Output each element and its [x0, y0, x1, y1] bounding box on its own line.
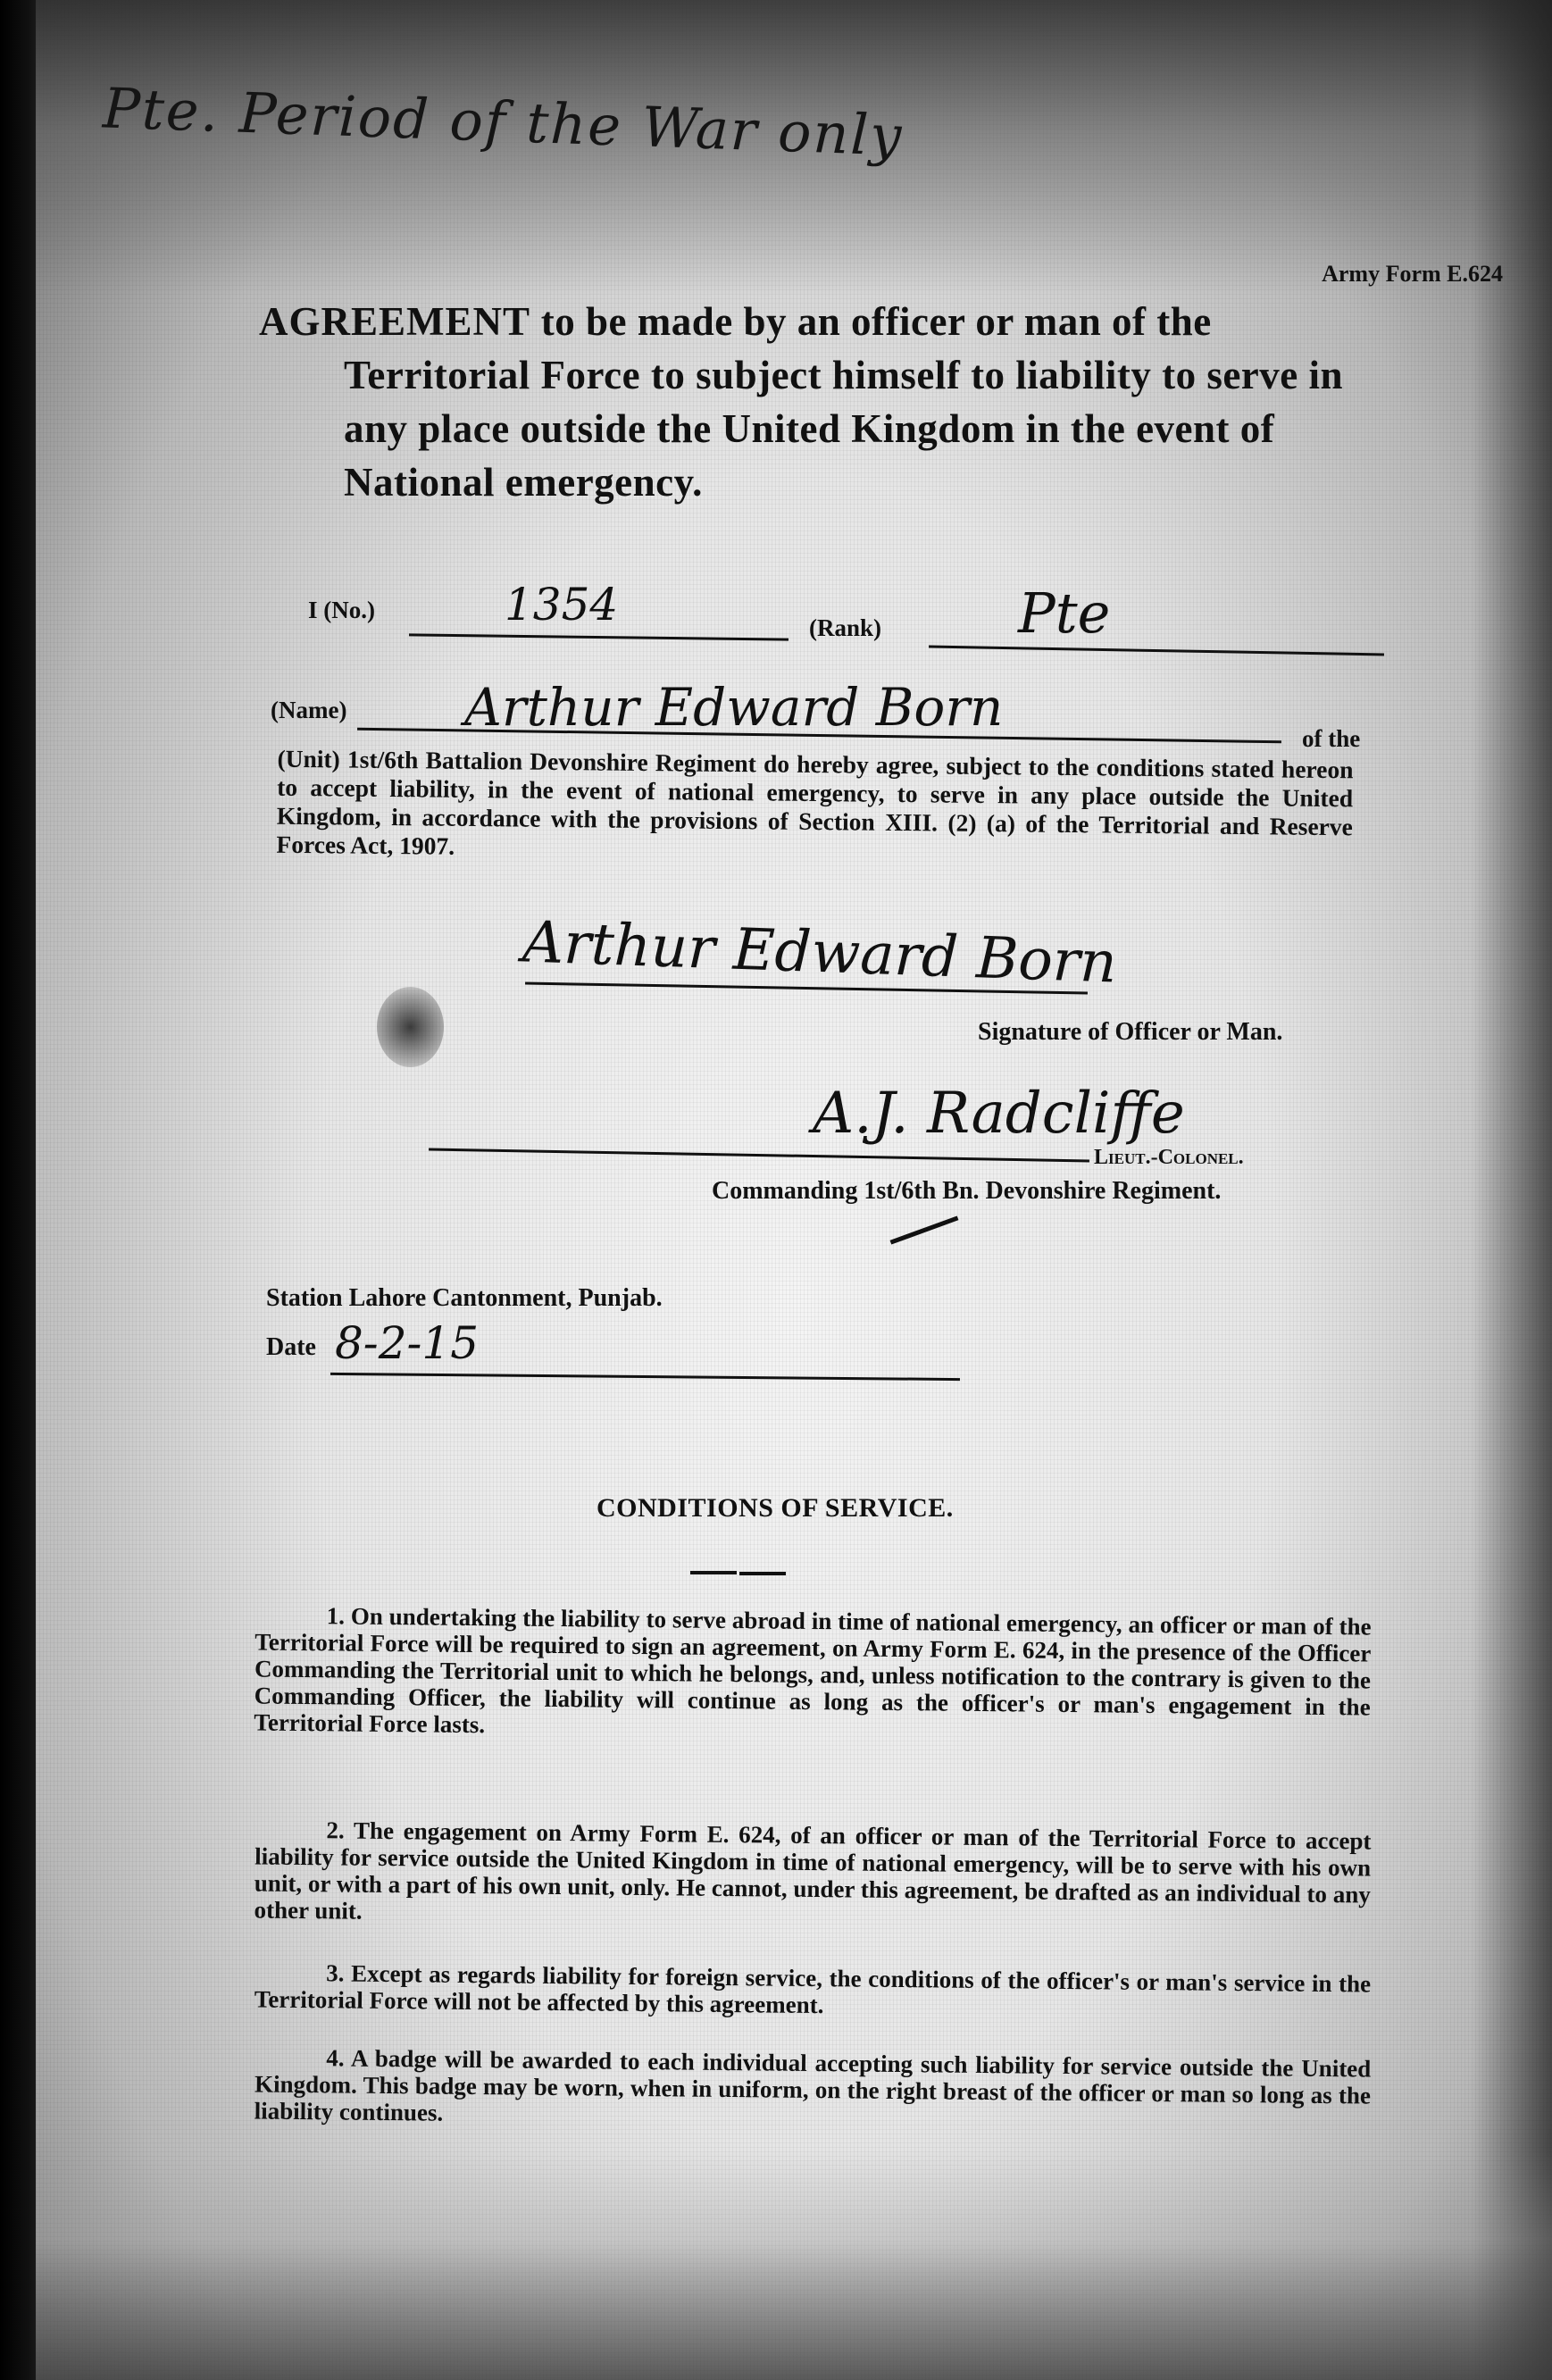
pen-stroke [890, 1215, 959, 1244]
man-signature-caption: Signature of Officer or Man. [978, 1018, 1282, 1047]
condition-4-text: 4. A badge will be awarded to each indiv… [254, 2043, 1372, 2135]
condition-3-text: 3. Except as regards liability for forei… [254, 1958, 1372, 2024]
date-underline [330, 1373, 960, 1381]
number-label: I (No.) [308, 597, 375, 624]
conditions-title: CONDITIONS OF SERVICE. [597, 1493, 954, 1524]
document-page: Pte. Period of the War only Army Form E.… [36, 0, 1552, 2380]
condition-1-text: 1. On undertaking the liability to serve… [254, 1601, 1372, 1747]
date-value: 8-2-15 [335, 1317, 479, 1369]
form-number: Army Form E.624 [1322, 261, 1503, 288]
conditions-rule-left [690, 1571, 737, 1574]
co-signature: A.J. Radcliffe [813, 1081, 1185, 1147]
scan-shadow-bottom [36, 2148, 1552, 2380]
condition-4: 4. A badge will be awarded to each indiv… [254, 2043, 1372, 2135]
condition-2-text: 2. The engagement on Army Form E. 624, o… [254, 1816, 1371, 1934]
scan-shadow-right [1472, 0, 1552, 2380]
condition-2: 2. The engagement on Army Form E. 624, o… [254, 1816, 1371, 1934]
condition-1: 1. On undertaking the liability to serve… [254, 1601, 1372, 1747]
number-value: 1354 [505, 579, 618, 630]
name-value: Arthur Edward Born [464, 677, 1003, 738]
declaration-text: (Unit) 1st/6th Battalion Devonshire Regi… [276, 745, 1353, 871]
number-underline [409, 633, 789, 640]
agreement-title: AGREEMENT to be made by an officer or ma… [259, 295, 1402, 509]
condition-3: 3. Except as regards liability for forei… [254, 1958, 1372, 2024]
rank-underline [929, 646, 1384, 656]
name-label: (Name) [271, 697, 346, 724]
ink-smudge [377, 987, 444, 1067]
rank-label: (Rank) [809, 614, 881, 642]
agreement-lead: AGREEMENT [259, 299, 530, 344]
conditions-rule-right [739, 1572, 786, 1575]
date-label: Date [266, 1333, 316, 1362]
rank-value: Pte [1018, 580, 1110, 646]
co-caption: Commanding 1st/6th Bn. Devonshire Regime… [712, 1177, 1221, 1206]
station-text: Station Lahore Cantonment, Punjab. [266, 1284, 663, 1313]
of-the-label: of the [1302, 725, 1360, 753]
co-rank: Lieut.-Colonel. [1094, 1146, 1244, 1170]
co-signature-line [429, 1148, 1089, 1163]
